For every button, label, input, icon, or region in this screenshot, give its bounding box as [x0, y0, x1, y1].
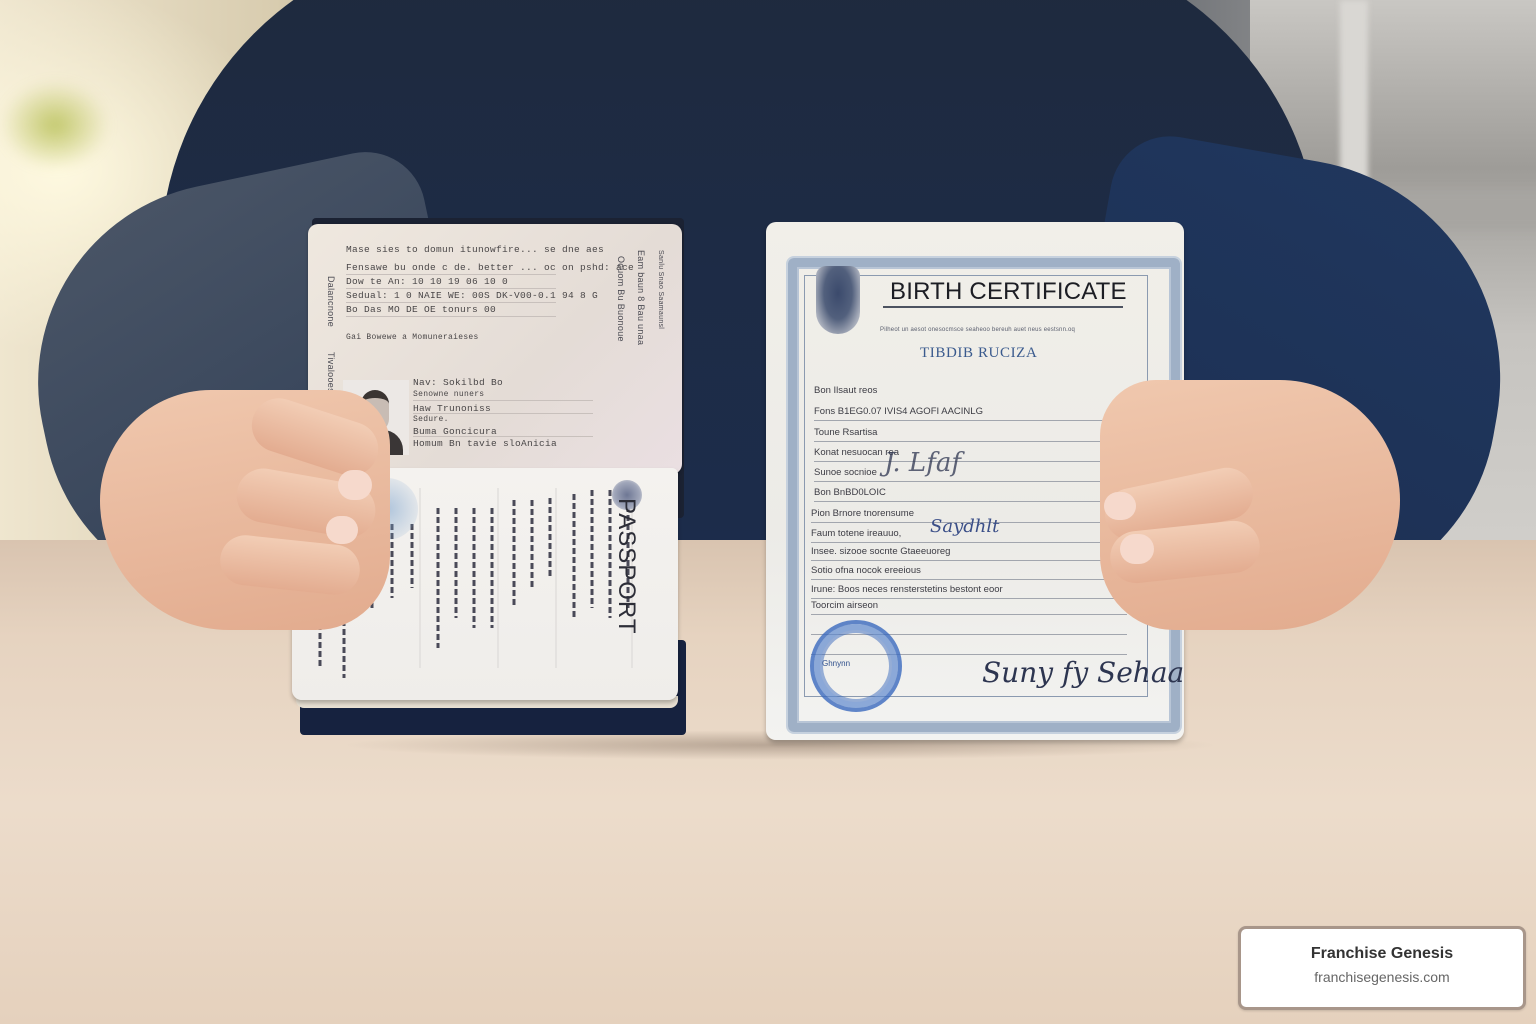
certificate-field: Sunoe socnioe [814, 467, 877, 478]
seal-text: Ghnynn [822, 659, 850, 668]
certificate-rule [814, 441, 1130, 442]
certificate-rule [811, 560, 1127, 561]
passport-line: Mase sies to domun itunowfire... se dne … [346, 244, 604, 255]
certificate-field: Faum totene ireauuo, [811, 528, 901, 539]
passport-rule [346, 288, 556, 289]
passport-rule [413, 436, 593, 437]
certificate-title: BIRTH CERTIFICATE [890, 278, 1127, 306]
passport-line: Fensawe bu onde c de. better ... oc on p… [346, 262, 634, 273]
certificate-rule [811, 614, 1127, 615]
certificate-rule [814, 461, 1130, 462]
holder-field: Homum Bn tavie sloAnicia [413, 438, 557, 449]
certificate-rule [814, 501, 1130, 502]
left-fingernail [326, 516, 358, 544]
certificate-signature: Suny fy Sehaa [982, 656, 1184, 689]
passport-side-text: Ocuom Bu Buonoue [616, 256, 626, 342]
certificate-rule [811, 598, 1127, 599]
certificate-rule [814, 420, 1130, 421]
certificate-signature: J. Lfaf [884, 448, 961, 478]
certificate-field: Bon BnBD0LOIC [814, 487, 886, 498]
holder-field: Sedure. [413, 415, 449, 424]
certificate-field: Bon Ilsaut reos [814, 385, 877, 396]
brand-url: franchisegenesis.com [1241, 969, 1523, 985]
passport-rule [346, 302, 556, 303]
certificate-subline: Pilheot un aesot onesocmsce seaheoo bere… [880, 327, 1075, 333]
passport-line: Dow te An: 10 10 19 06 10 0 [346, 276, 508, 287]
passport-line: Gai Bowewe a Momuneraieses [346, 333, 479, 342]
certificate-title-rule [883, 306, 1123, 308]
passport-rule [413, 413, 593, 414]
certificate-field: Irune: Boos neces rensterstetins bestont… [811, 584, 1003, 595]
passport-side-text: Sanlu Snao Saamaunsl [657, 250, 664, 329]
certificate-rule [811, 542, 1127, 543]
brand-badge: Franchise Genesis franchisegenesis.com [1238, 926, 1526, 1010]
right-thumbnail [1104, 492, 1136, 520]
passport-rule [413, 400, 593, 401]
window-plant-blur [0, 80, 110, 170]
certificate-rule [814, 481, 1130, 482]
certificate-field: Toorcim airseon [811, 600, 878, 611]
passport-side-text: Dalancnone [326, 276, 336, 327]
passport-line: Sedual: 1 0 NAIE WE: 00S DK-V00-0.1 94 8… [346, 290, 598, 301]
certificate-field: Toune Rsartisa [814, 427, 877, 438]
certificate-field: Fons B1EG0.07 IVIS4 AGOFI AACINLG [814, 406, 983, 417]
right-fingernail [1120, 534, 1154, 564]
holder-field: Senowne nuners [413, 390, 484, 399]
crest-emblem-icon [816, 266, 860, 334]
photo-scene: Mase sies to domun itunowfire... se dne … [0, 0, 1536, 1024]
passport-rule [346, 316, 556, 317]
brand-name: Franchise Genesis [1241, 945, 1523, 963]
holder-field: Nav: Sokilbd Bo [413, 377, 503, 388]
passport-rule [346, 274, 556, 275]
certificate-signature: Saydhlt [930, 516, 999, 537]
left-thumbnail [338, 470, 372, 500]
certificate-field: Pion Brnore tnorensume [811, 508, 914, 519]
certificate-field: Sotio ofna nocok ereeious [811, 565, 921, 576]
certificate-field: Insee. sizooe socnte Gtaeeuoreg [811, 546, 950, 557]
certificate-rule [811, 579, 1127, 580]
passport-title: PASSPORT [612, 498, 640, 634]
passport-line: Bo Das MO DE OE tonurs 00 [346, 304, 496, 315]
passport-side-text: Eam baun 8 Bau unaa [636, 250, 646, 345]
certificate-name: TIBDIB RUCIZA [920, 345, 1037, 362]
